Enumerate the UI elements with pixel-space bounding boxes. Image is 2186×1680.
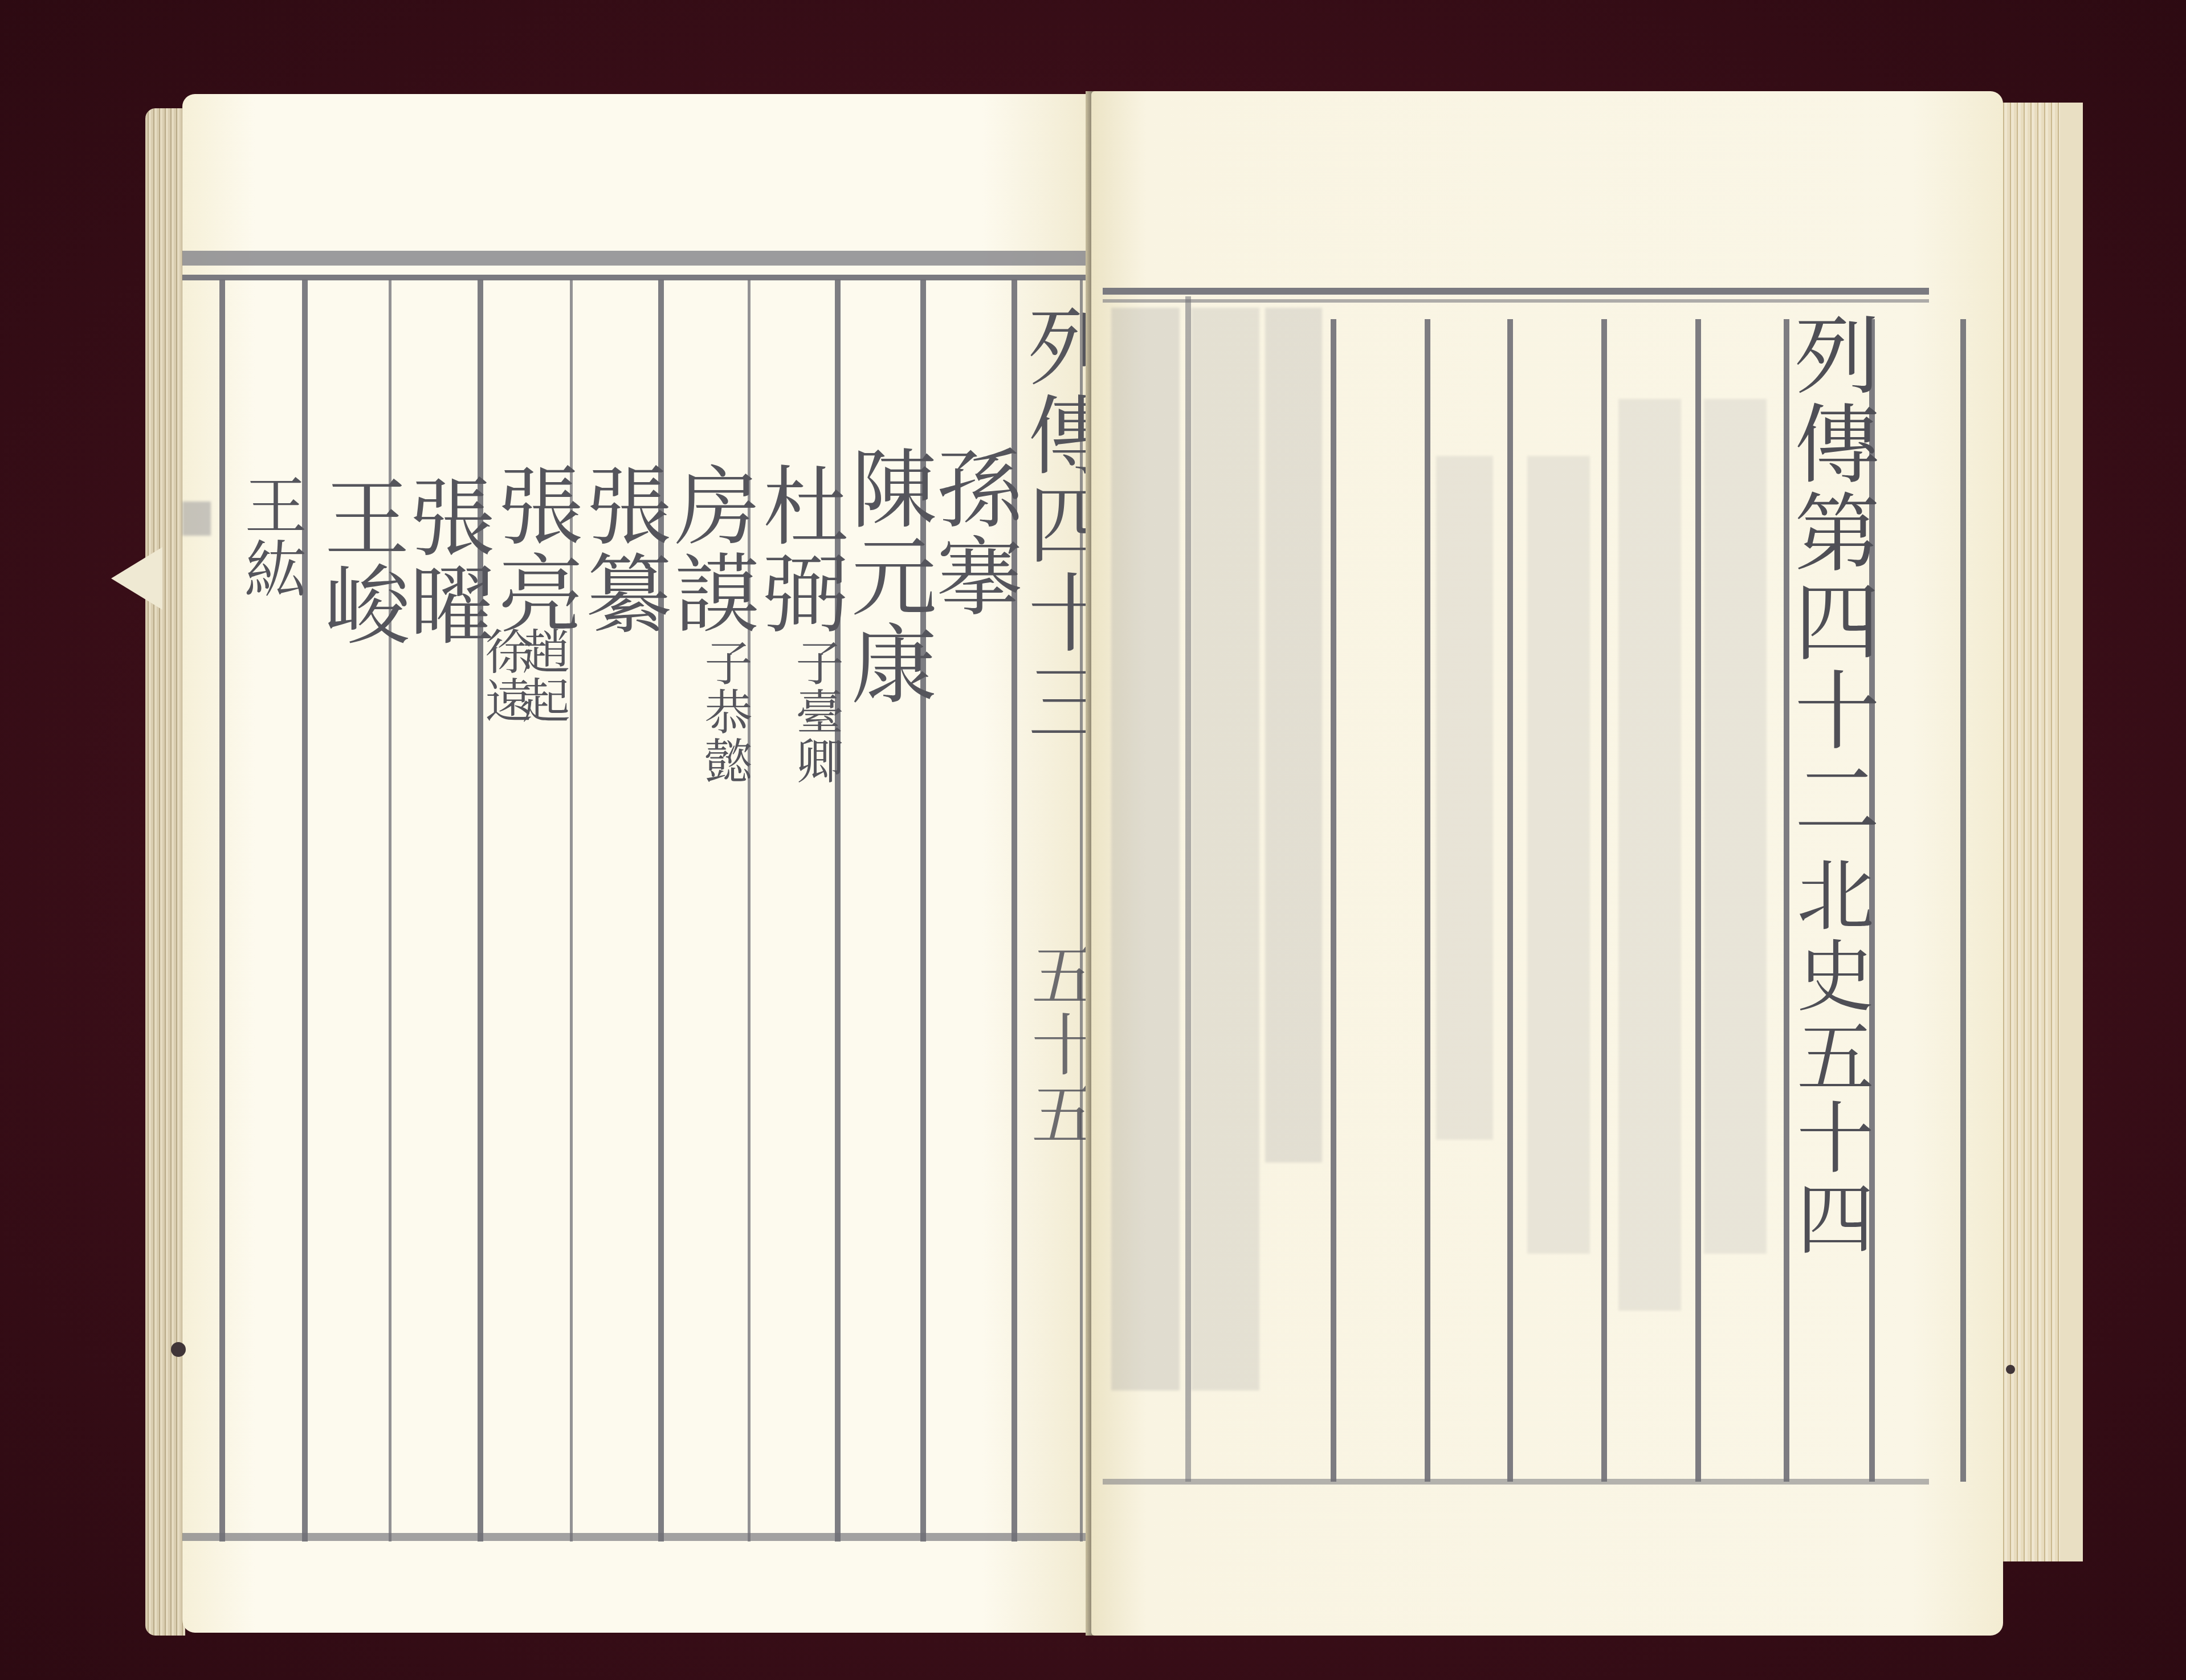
column-rule	[1331, 319, 1336, 1482]
column-rule	[1601, 319, 1607, 1482]
entry-name: 張纂	[578, 462, 664, 637]
right-edge-slip	[2060, 103, 2083, 1561]
column-rule	[1425, 319, 1430, 1482]
faded-text-column	[1436, 456, 1493, 1140]
entry-name: 王紘	[239, 473, 302, 601]
ink-smudge	[182, 501, 211, 536]
faded-text-column	[1111, 308, 1180, 1391]
left-folio-number: 五十五	[1026, 940, 1093, 1149]
binding-hole	[171, 1342, 186, 1357]
column-rule	[478, 279, 483, 1542]
column-rule	[1185, 296, 1191, 1482]
column-rule	[1507, 319, 1513, 1482]
entry-appended: 子恭懿	[701, 638, 749, 785]
column-rule	[302, 279, 308, 1542]
entry-appended: 子臺卿	[792, 638, 840, 785]
left-page-stack-edge	[145, 108, 185, 1636]
entry-name: 陳元康	[843, 445, 929, 708]
entry-name: 張亮	[490, 462, 576, 637]
entry-name: 房謨	[667, 462, 752, 637]
column-rule	[219, 279, 225, 1542]
left-page	[182, 94, 1091, 1633]
entry-name: 孫搴	[929, 445, 1014, 620]
right-top-rule-inner	[1103, 299, 1929, 303]
left-top-rule	[182, 275, 1088, 280]
faded-text-column	[1265, 308, 1322, 1163]
column-rule	[1695, 319, 1701, 1482]
binding-hole	[2006, 1365, 2015, 1374]
entry-name: 杜弼	[755, 462, 841, 637]
faded-text-column	[1527, 456, 1590, 1254]
left-top-border	[182, 251, 1088, 266]
entry-name: 張曜	[402, 473, 487, 649]
column-rule	[1960, 319, 1966, 1482]
right-top-rule	[1103, 288, 1929, 295]
right-bottom-rule	[1103, 1479, 1929, 1485]
right-section-title: 列傳第四十二	[1787, 311, 1872, 844]
entry-name: 王峻	[316, 473, 402, 649]
faded-text-column	[1704, 399, 1767, 1254]
right-book-title: 北史五十四	[1789, 855, 1867, 1259]
column-rule	[389, 279, 391, 1542]
left-bottom-rule	[182, 1533, 1088, 1541]
faded-text-column	[1191, 308, 1259, 1391]
faded-text-column	[1618, 399, 1681, 1311]
